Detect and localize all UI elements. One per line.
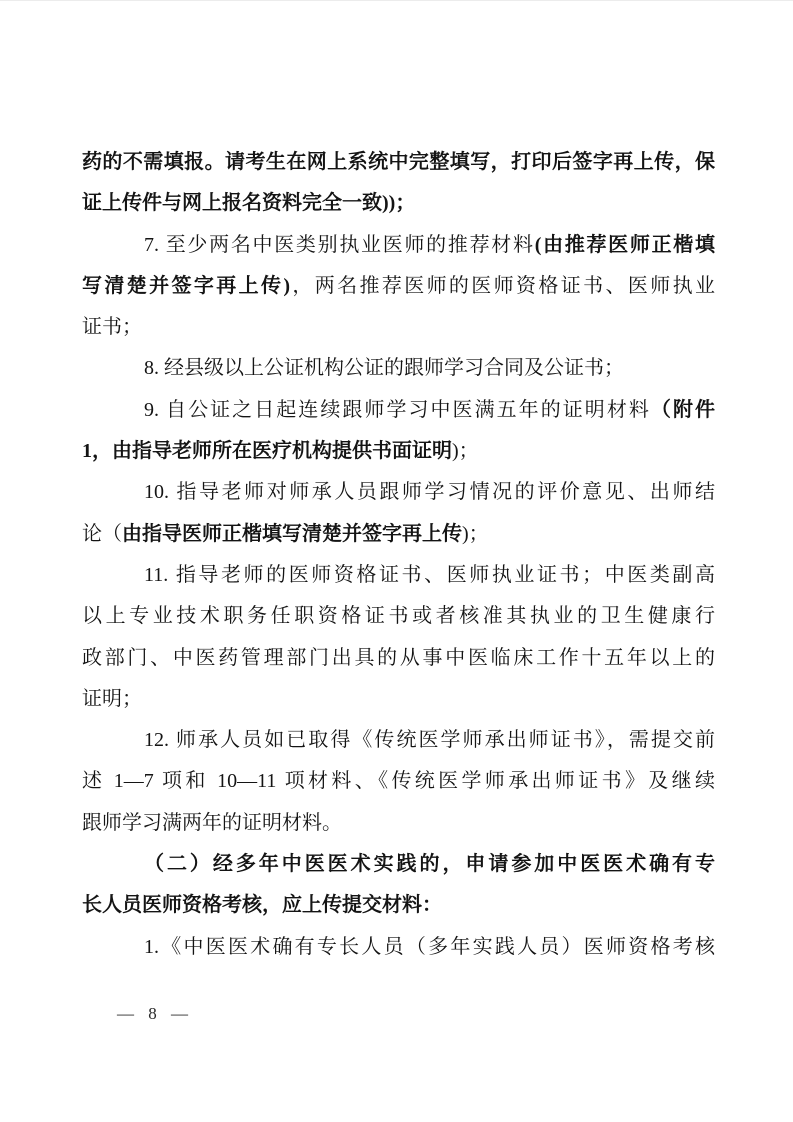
text-run: )； bbox=[452, 440, 479, 462]
text-line: 跟师学习满两年的证明材料。 bbox=[82, 803, 715, 844]
text-line: 1.《中医医术确有专长人员（多年实践人员）医师资格考核 bbox=[82, 927, 715, 968]
text-line: 11. 指导老师的医师资格证书、医师执业证书；中医类副高 bbox=[82, 555, 715, 596]
text-line: 9. 自公证之日起连续跟师学习中医满五年的证明材料（附件 bbox=[82, 390, 715, 431]
text-run: 述 1—7 项和 10—11 项材料、《传统医学师承出师证书》及继续 bbox=[82, 770, 715, 792]
bold-text-run: (由推荐医师正楷填 bbox=[535, 234, 715, 256]
bold-text-run: （二）经多年中医医术实践的，申请参加中医医术确有专 bbox=[144, 853, 715, 875]
text-run: 7. 至少两名中医类别执业医师的推荐材料 bbox=[144, 234, 535, 256]
text-line: 述 1—7 项和 10—11 项材料、《传统医学师承出师证书》及继续 bbox=[82, 761, 715, 802]
text-line: 证明； bbox=[82, 679, 715, 720]
bold-text-run: 证上传件与网上报名资料完全一致))； bbox=[82, 192, 415, 214]
text-line: 10. 指导老师对师承人员跟师学习情况的评价意见、出师结 bbox=[82, 472, 715, 513]
page-number: — 8 — bbox=[117, 1003, 188, 1025]
text-run: 12. 师承人员如已取得《传统医学师承出师证书》，需提交前 bbox=[144, 729, 715, 751]
text-line: 论（由指导医师正楷填写清楚并签字再上传)； bbox=[82, 514, 715, 555]
text-run: 10. 指导老师对师承人员跟师学习情况的评价意见、出师结 bbox=[144, 481, 715, 503]
text-run: 跟师学习满两年的证明材料。 bbox=[82, 812, 342, 834]
document-page: 药的不需填报。请考生在网上系统中完整填写，打印后签字再上传，保证上传件与网上报名… bbox=[0, 0, 793, 1122]
bold-text-run: 长人员医师资格考核，应上传提交材料： bbox=[82, 894, 442, 916]
text-run: 论（ bbox=[82, 523, 122, 545]
text-line: 政部门、中医药管理部门出具的从事中医临床工作十五年以上的 bbox=[82, 638, 715, 679]
bold-text-run: 由指导医师正楷填写清楚并签字再上传 bbox=[122, 523, 462, 545]
text-run: 1.《中医医术确有专长人员（多年实践人员）医师资格考核 bbox=[144, 936, 715, 958]
text-run: 政部门、中医药管理部门出具的从事中医临床工作十五年以上的 bbox=[82, 647, 715, 669]
text-line: 写清楚并签字再上传)，两名推荐医师的医师资格证书、医师执业 bbox=[82, 266, 715, 307]
text-run: 8. 经县级以上公证机构公证的跟师学习合同及公证书； bbox=[144, 357, 624, 379]
text-run: 证明； bbox=[82, 688, 142, 710]
text-line: 以上专业技术职务任职资格证书或者核准其执业的卫生健康行 bbox=[82, 596, 715, 637]
text-line: 8. 经县级以上公证机构公证的跟师学习合同及公证书； bbox=[82, 348, 715, 389]
text-run: 11. 指导老师的医师资格证书、医师执业证书；中医类副高 bbox=[144, 564, 715, 586]
text-line: 1，由指导老师所在医疗机构提供书面证明)； bbox=[82, 431, 715, 472]
text-run: 以上专业技术职务任职资格证书或者核准其执业的卫生健康行 bbox=[82, 605, 715, 627]
text-line: 药的不需填报。请考生在网上系统中完整填写，打印后签字再上传，保 bbox=[82, 142, 715, 183]
bold-text-run: 写清楚并签字再上传) bbox=[82, 275, 290, 297]
text-run: 证书； bbox=[82, 316, 142, 338]
text-run: ，两名推荐医师的医师资格证书、医师执业 bbox=[290, 275, 715, 297]
text-line: （二）经多年中医医术实践的，申请参加中医医术确有专 bbox=[82, 844, 715, 885]
text-line: 长人员医师资格考核，应上传提交材料： bbox=[82, 885, 715, 926]
bold-text-run: 1，由指导老师所在医疗机构提供书面证明 bbox=[82, 440, 452, 462]
text-line: 证上传件与网上报名资料完全一致))； bbox=[82, 183, 715, 224]
text-run: 9. 自公证之日起连续跟师学习中医满五年的证明材料 bbox=[144, 399, 651, 421]
bold-text-run: 药的不需填报。请考生在网上系统中完整填写，打印后签字再上传，保 bbox=[82, 151, 715, 173]
text-line: 证书； bbox=[82, 307, 715, 348]
text-run: )； bbox=[462, 523, 489, 545]
document-body: 药的不需填报。请考生在网上系统中完整填写，打印后签字再上传，保证上传件与网上报名… bbox=[82, 142, 715, 968]
text-line: 12. 师承人员如已取得《传统医学师承出师证书》，需提交前 bbox=[82, 720, 715, 761]
bold-text-run: （附件 bbox=[651, 399, 715, 421]
text-line: 7. 至少两名中医类别执业医师的推荐材料(由推荐医师正楷填 bbox=[82, 225, 715, 266]
